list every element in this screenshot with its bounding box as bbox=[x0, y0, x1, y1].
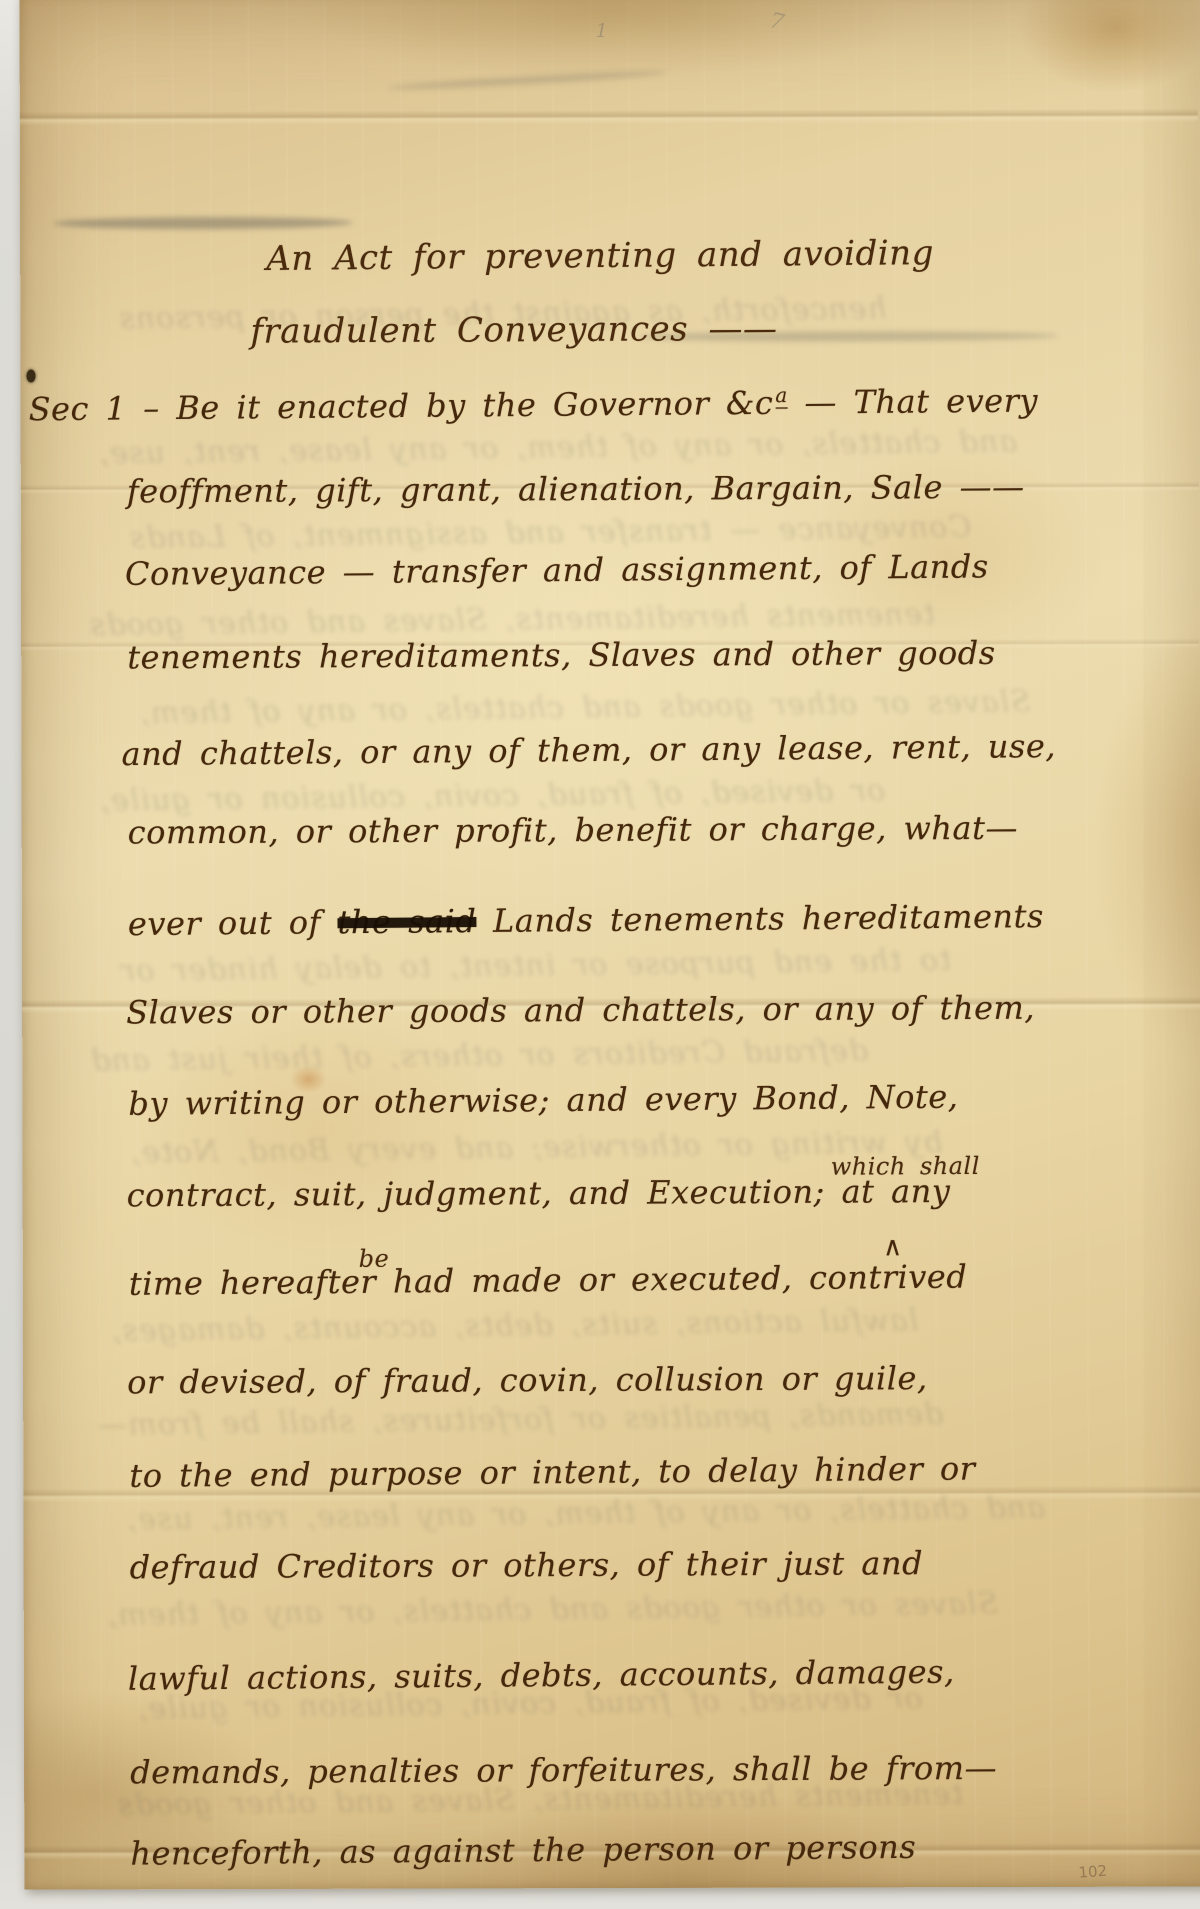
manuscript-line-6: common, or other profit, benefit or char… bbox=[128, 809, 1018, 852]
line-text-segment: had made or executed, contrived bbox=[393, 1258, 968, 1301]
paper-crease bbox=[20, 108, 1198, 125]
line-text-segment: Sec 1 – Be it enacted by the Governor &c bbox=[28, 384, 773, 428]
document-title-line-2: fraudulent Conveyances —— bbox=[250, 309, 777, 352]
manuscript-line-10: contract, suit, judgment, and Execution;… bbox=[127, 1172, 951, 1214]
manuscript-line-4: tenements hereditaments, Slaves and othe… bbox=[127, 634, 996, 677]
manuscript-line-17: henceforth, as against the person or per… bbox=[130, 1828, 916, 1873]
ink-bleedthrough: and chattels, or any of them, or any lea… bbox=[99, 424, 1018, 471]
paper-hole bbox=[27, 370, 36, 383]
ink-bleedthrough: lawful actions, suits, debts, accounts, … bbox=[111, 1303, 919, 1349]
manuscript-line-16: demands, penalties or forfeitures, shall… bbox=[130, 1749, 997, 1792]
manuscript-line-7: ever out of the said Lands tenements her… bbox=[128, 897, 1044, 943]
line-text-segment: Lands tenements hereditaments bbox=[476, 897, 1044, 940]
struck-through-text: the said bbox=[337, 902, 476, 941]
document-title-line-1: An Act for preventing and avoiding bbox=[266, 233, 934, 279]
page-number: 102 bbox=[1078, 1862, 1108, 1882]
ink-bleedthrough: defraud Creditors or others, of their ju… bbox=[90, 1033, 868, 1078]
manuscript-line-8: Slaves or other goods and chattels, or a… bbox=[126, 989, 1035, 1032]
manuscript-page: henceforth, as against the person or per… bbox=[20, 0, 1200, 1890]
line-text-segment: contract, suit, judgment, and Execution; bbox=[127, 1173, 825, 1215]
manuscript-line-14: defraud Creditors or others, of their ju… bbox=[130, 1544, 924, 1586]
pencil-smudge bbox=[388, 69, 668, 92]
ink-bleedthrough: Slaves or other goods and chattels, or a… bbox=[139, 684, 1031, 731]
page-content: henceforth, as against the person or per… bbox=[20, 0, 1200, 1890]
ink-bleedthrough: by writing or otherwise; and every Bond,… bbox=[130, 1125, 943, 1171]
interlinear-insertion: which shall bbox=[831, 1152, 980, 1181]
manuscript-line-9: by writing or otherwise; and every Bond,… bbox=[128, 1078, 958, 1123]
scan-background: henceforth, as against the person or per… bbox=[0, 0, 1200, 1909]
manuscript-line-5: and chattels, or any of them, or any lea… bbox=[121, 727, 1056, 773]
pencil-mark: 7 bbox=[767, 8, 787, 36]
ink-bleedthrough: to the end purpose or intent, to delay h… bbox=[120, 943, 952, 989]
interlinear-insertion: be bbox=[359, 1245, 390, 1273]
ink-bleedthrough: demands, penalties or forfeitures, shall… bbox=[96, 1397, 943, 1443]
manuscript-line-2: feoffment, gift, grant, alienation, Barg… bbox=[127, 468, 1025, 511]
ink-bleedthrough: Slaves or other goods and chattels, or a… bbox=[107, 1586, 999, 1633]
manuscript-line-15: lawful actions, suits, debts, accounts, … bbox=[128, 1653, 955, 1698]
line-text-segment: — That every bbox=[788, 381, 1039, 421]
manuscript-line-1: Sec 1 – Be it enacted by the Governor &c… bbox=[28, 381, 1038, 428]
manuscript-line-3: Conveyance — transfer and assignment, of… bbox=[125, 547, 989, 593]
line-text-segment: ever out of bbox=[128, 903, 338, 943]
superscript-abbreviation: a bbox=[775, 383, 788, 409]
manuscript-line-12: or devised, of fraud, covin, collusion o… bbox=[127, 1359, 928, 1401]
pencil-mark: 1 bbox=[596, 20, 608, 42]
manuscript-line-13: to the end purpose or intent, to delay h… bbox=[129, 1449, 975, 1494]
pencil-smudge bbox=[53, 217, 353, 230]
line-text-segment: time hereafter bbox=[129, 1263, 393, 1303]
manuscript-line-11: time hereafter behad made or executed, c… bbox=[129, 1258, 968, 1303]
